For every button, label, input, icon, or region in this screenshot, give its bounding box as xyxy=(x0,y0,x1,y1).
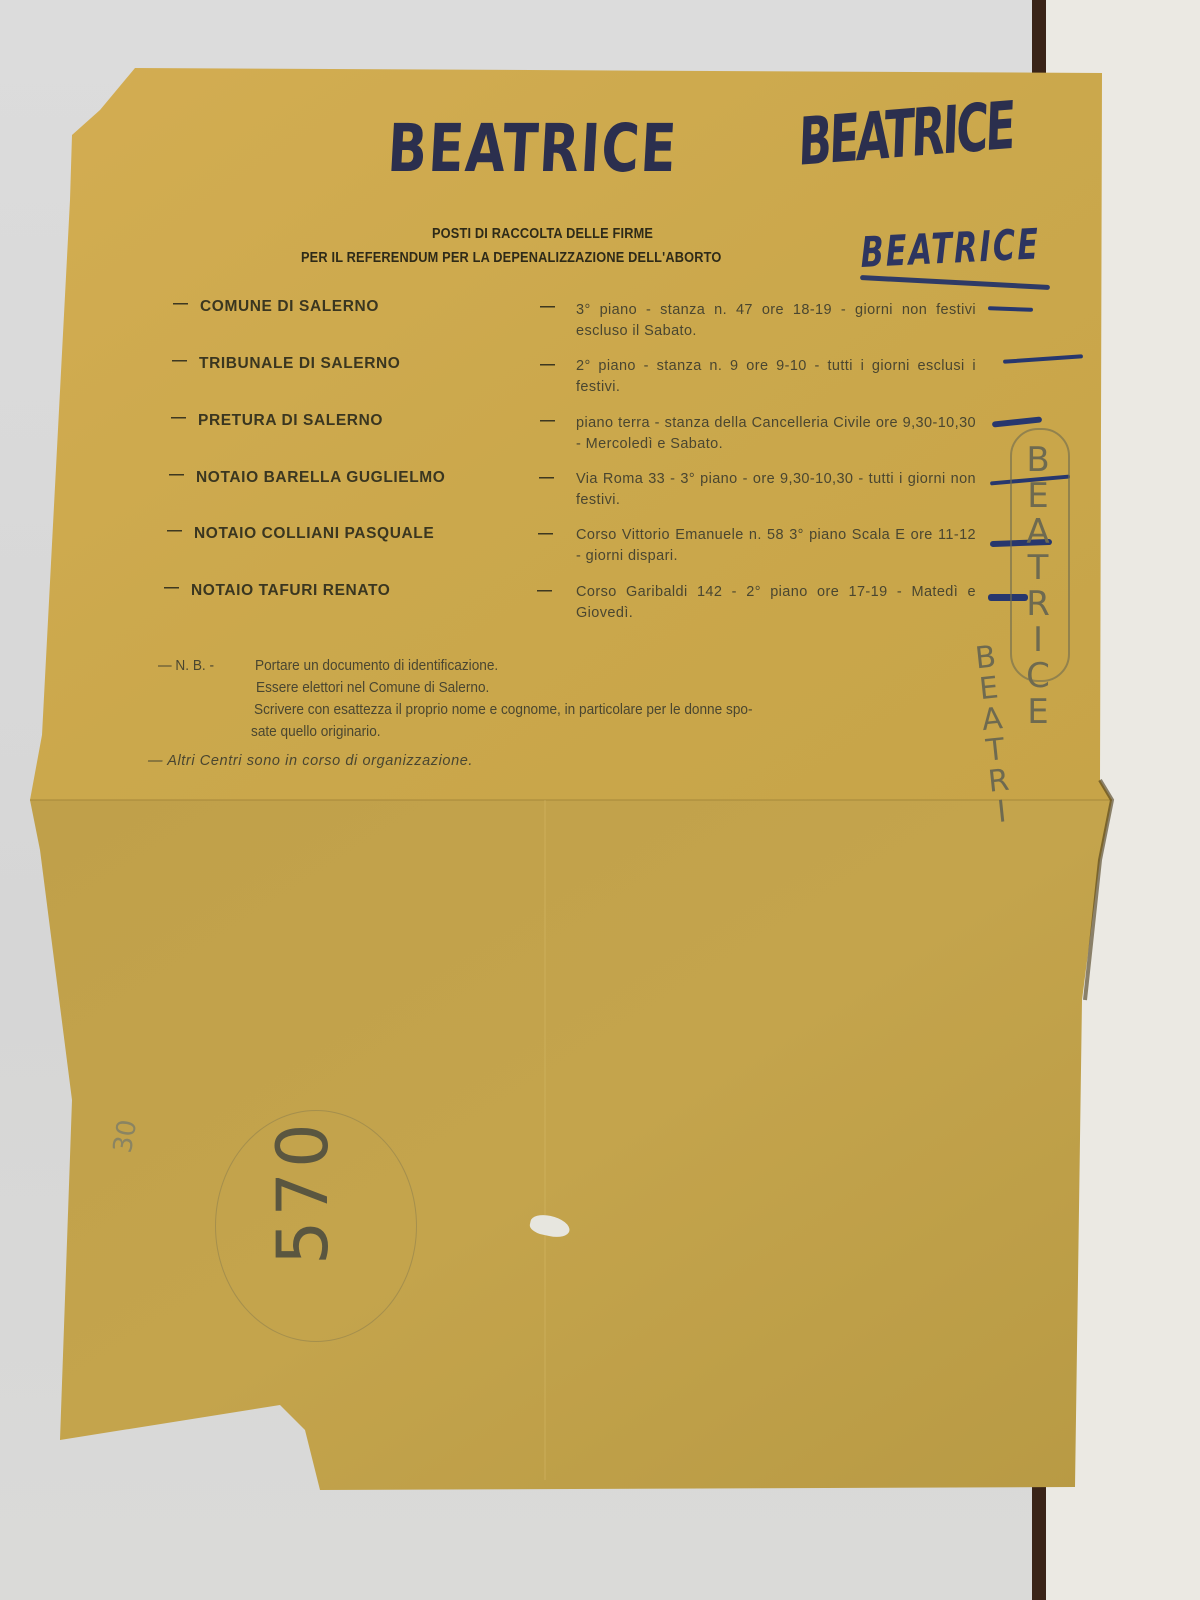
heading-line-2: PER IL REFERENDUM PER LA DEPENALIZZAZION… xyxy=(301,250,721,266)
entry-name: NOTAIO BARELLA GUGLIELMO xyxy=(196,469,445,487)
entry-detail: piano terra - stanza della Cancelleria C… xyxy=(576,413,976,455)
ink-tick-mark xyxy=(992,416,1042,427)
handwriting-top-left: BEATRICE xyxy=(386,110,680,187)
footer-note: — Altri Centri sono in corso di organizz… xyxy=(148,753,473,769)
paper-hole xyxy=(528,1212,571,1240)
entry-detail: Via Roma 33 - 3° piano - ore 9,30-10,30 … xyxy=(576,469,976,511)
ink-tick-mark xyxy=(1003,354,1083,364)
bullet-dash: — xyxy=(169,466,184,483)
nb-line: Essere elettori nel Comune di Salerno. xyxy=(256,678,489,700)
pencil-small-number: 30 xyxy=(108,1117,143,1155)
entry-name: NOTAIO TAFURI RENATO xyxy=(191,582,390,600)
entry-name: TRIBUNALE DI SALERNO xyxy=(199,355,400,373)
handwriting-beside-heading: BEATRICE xyxy=(860,219,1041,277)
heading-line-1: POSTI DI RACCOLTA DELLE FIRME xyxy=(432,226,653,242)
entry-name: PRETURA DI SALERNO xyxy=(198,412,383,430)
separator-dash: — xyxy=(540,356,555,373)
separator-dash: — xyxy=(540,412,555,429)
entry-name: COMUNE DI SALERNO xyxy=(200,298,379,316)
entry-detail: 3° piano - stanza n. 47 ore 18-19 - gior… xyxy=(576,300,976,342)
nb-line: Scrivere con esattezza il proprio nome e… xyxy=(254,700,753,722)
entry-detail: 2° piano - stanza n. 9 ore 9-10 - tutti … xyxy=(576,356,976,398)
separator-dash: — xyxy=(537,582,552,599)
separator-dash: — xyxy=(538,525,553,542)
bullet-dash: — xyxy=(173,295,188,312)
nb-line: Portare un documento di identificazione. xyxy=(255,656,498,678)
nb-label: — N. B. - xyxy=(158,656,214,678)
bullet-dash: — xyxy=(171,409,186,426)
separator-dash: — xyxy=(539,469,554,486)
bullet-dash: — xyxy=(172,352,187,369)
entry-detail: Corso Vittorio Emanuele n. 58 3° piano S… xyxy=(576,525,976,567)
handwriting-underline xyxy=(860,275,1050,290)
pencil-number: 570 xyxy=(262,1119,344,1265)
handwriting-top-right: BEATRICE xyxy=(797,87,1014,181)
bullet-dash: — xyxy=(164,579,179,596)
nb-line: sate quello originario. xyxy=(251,722,381,744)
entry-detail: Corso Garibaldi 142 - 2° piano ore 17-19… xyxy=(576,582,976,624)
entry-name: NOTAIO COLLIANI PASQUALE xyxy=(194,525,434,543)
pencil-vertical-text-1: BEATRICE xyxy=(1018,440,1058,728)
document: POSTI DI RACCOLTA DELLE FIRME PER IL REF… xyxy=(0,0,1200,1600)
separator-dash: — xyxy=(540,298,555,315)
ink-tick-mark xyxy=(988,306,1033,312)
bullet-dash: — xyxy=(167,522,182,539)
